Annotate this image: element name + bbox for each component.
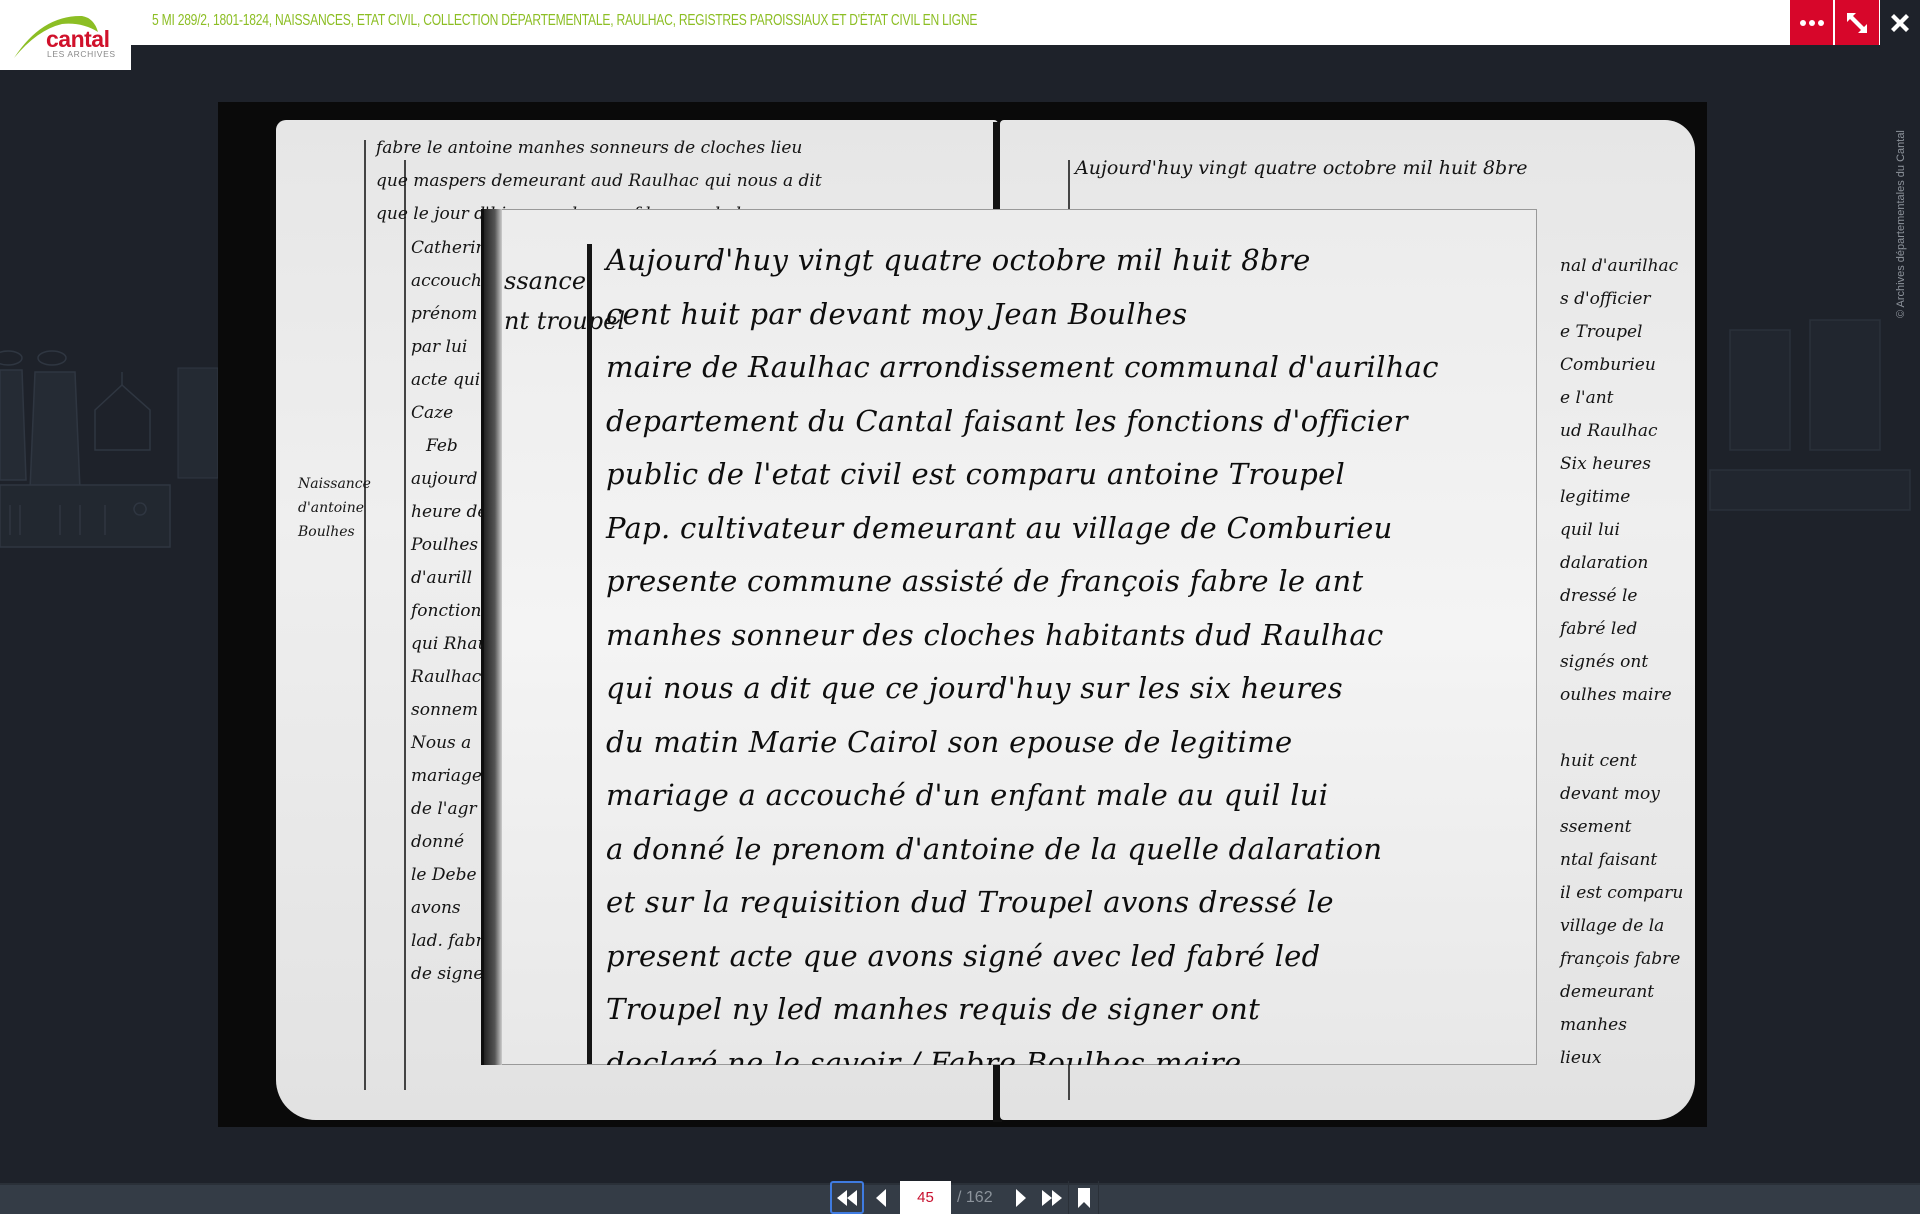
handwriting-line: de signer [411, 958, 492, 991]
previous-page-button[interactable] [868, 1181, 894, 1214]
handwriting-line: Caze [411, 397, 453, 430]
magnified-line: cent huit par devant moy Jean Boulhes [606, 288, 1526, 342]
magnified-line: Aujourd'huy vingt quatre octobre mil hui… [606, 234, 1526, 288]
cantal-archives-logo[interactable]: cantal LES ARCHIVES [0, 0, 131, 70]
handwriting-line: que maspers demeurant aud Raulhac qui no… [376, 165, 822, 198]
magnified-line: du matin Marie Cairol son epouse de legi… [606, 716, 1526, 770]
handwriting-line: donné [411, 826, 464, 859]
more-options-button[interactable] [1790, 0, 1833, 45]
pagination-controls: / 162 [830, 1181, 1099, 1214]
handwriting-line: oulhes maire [1560, 679, 1672, 712]
magnified-line: et sur la requisition dud Troupel avons … [606, 876, 1526, 930]
handwriting-line: Feb [426, 430, 458, 463]
background-illustration-right [1700, 290, 1920, 530]
handwriting-line: dalaration [1560, 547, 1648, 580]
chevron-right-icon [1015, 1188, 1027, 1208]
magnified-line: departement du Cantal faisant les foncti… [606, 395, 1526, 449]
handwriting-line: françois fabre [1560, 943, 1680, 976]
handwriting-line: d'aurill [411, 562, 472, 595]
magnified-text: Aujourd'huy vingt quatre octobre mil hui… [606, 234, 1526, 1065]
handwriting-line: Raulhac [411, 661, 481, 694]
handwriting-line: fabre le antoine manhes sonneurs de cloc… [376, 132, 802, 165]
magnified-line: manhes sonneur des cloches habitants dud… [606, 609, 1526, 663]
magnified-line: public de l'etat civil est comparu antoi… [606, 448, 1526, 502]
bookmark-icon [1077, 1187, 1091, 1209]
magnified-line: present acte que avons signé avec led fa… [606, 930, 1526, 984]
handwriting-line: village de la [1560, 910, 1664, 943]
margin-note: Naissance d'antoine Boulhes [298, 472, 371, 544]
handwriting-line: accouché [411, 265, 492, 298]
handwriting-line: demeurant [1560, 976, 1654, 1009]
handwriting-line: ud Raulhac [1560, 415, 1658, 448]
handwriting-line: mariage [411, 760, 482, 793]
handwriting-line: de l'agr [411, 793, 477, 826]
background-illustration [0, 290, 230, 550]
magnified-margin-rule [587, 244, 592, 1064]
handwriting-line: par lui [411, 331, 467, 364]
handwriting-line: quil lui [1560, 514, 1620, 547]
handwriting-line: e Troupel [1560, 316, 1643, 349]
total-pages: / 162 [957, 1189, 1007, 1207]
magnified-line: maire de Raulhac arrondissement communal… [606, 341, 1526, 395]
handwriting-line: e l'ant [1560, 382, 1614, 415]
handwriting-line: aujourd [411, 463, 478, 496]
magnified-line: Troupel ny led manhes requis de signer o… [606, 983, 1526, 1037]
handwriting-line: qui Rhau [411, 628, 489, 661]
handwriting-line: sonnem [411, 694, 478, 727]
handwriting-line: lieux [1560, 1042, 1601, 1075]
chevron-left-icon [875, 1188, 887, 1208]
magnified-line: a donné le prenom d'antoine de la quelle… [606, 823, 1526, 877]
handwriting-line: heure de [411, 496, 488, 529]
handwriting-line: prénom [411, 298, 477, 331]
expand-arrows-icon [1844, 10, 1870, 36]
ellipsis-icon [1798, 20, 1825, 26]
handwriting-line: nal d'aurilhac [1560, 250, 1678, 283]
handwriting-line: Nous a [411, 727, 471, 760]
handwriting-line: Poulhes [411, 529, 478, 562]
magnifier-lens[interactable]: ssance nt troupel Aujourd'huy vingt quat… [481, 209, 1537, 1065]
handwriting-line: huit cent [1560, 745, 1637, 778]
fullscreen-button[interactable] [1835, 0, 1879, 45]
handwriting-line: lad. fabr [411, 925, 484, 958]
handwriting-line: le Debe [411, 859, 477, 892]
handwriting-line: acte qui [411, 364, 480, 397]
header-bar: 5 MI 289/2, 1801-1824, NAISSANCES, ETAT … [0, 0, 1920, 45]
handwriting-line: ssement [1560, 811, 1631, 844]
close-x-icon [1888, 11, 1912, 35]
magnifier-edge [484, 209, 502, 1065]
handwriting-line: Six heures [1560, 448, 1651, 481]
first-page-button[interactable] [830, 1181, 864, 1214]
bookmark-button[interactable] [1069, 1181, 1099, 1214]
document-title: 5 MI 289/2, 1801-1824, NAISSANCES, ETAT … [152, 12, 977, 30]
copyright-notice: © Archives départementales du Cantal [1895, 130, 1907, 318]
handwriting-line: s d'officier [1560, 283, 1651, 316]
magnified-line: declaré ne le savoir / Fabre Boulhes mai… [606, 1037, 1526, 1066]
handwriting-line: dressé le [1560, 580, 1637, 613]
current-page-input[interactable] [900, 1181, 951, 1214]
margin-rule [364, 140, 366, 1090]
next-page-button[interactable] [1007, 1181, 1035, 1214]
handwriting-line: avons [411, 892, 461, 925]
magnified-line: qui nous a dit que ce jourd'huy sur les … [606, 662, 1526, 716]
handwriting-line: ntal faisant [1560, 844, 1657, 877]
magnified-line: Pap. cultivateur demeurant au village de… [606, 502, 1526, 556]
handwriting-line: legitime [1560, 481, 1630, 514]
handwriting-line: devant moy [1560, 778, 1660, 811]
handwriting-line: signés ont [1560, 646, 1648, 679]
logo-subtitle: LES ARCHIVES [47, 49, 116, 59]
double-chevron-left-icon [835, 1188, 859, 1208]
last-page-button[interactable] [1035, 1181, 1069, 1214]
close-button[interactable] [1880, 0, 1920, 45]
double-chevron-right-icon [1040, 1188, 1064, 1208]
handwriting-line: il est comparu [1560, 877, 1683, 910]
handwriting-line: Aujourd'huy vingt quatre octobre mil hui… [1075, 152, 1528, 185]
handwriting-line: fabré led [1560, 613, 1637, 646]
magnified-line: presente commune assisté de françois fab… [606, 555, 1526, 609]
handwriting-line: manhes [1560, 1009, 1627, 1042]
handwriting-line: fonction [411, 595, 481, 628]
handwriting-line: Comburieu [1560, 349, 1656, 382]
magnified-line: mariage a accouché d'un enfant male au q… [606, 769, 1526, 823]
margin-rule [404, 160, 406, 1090]
